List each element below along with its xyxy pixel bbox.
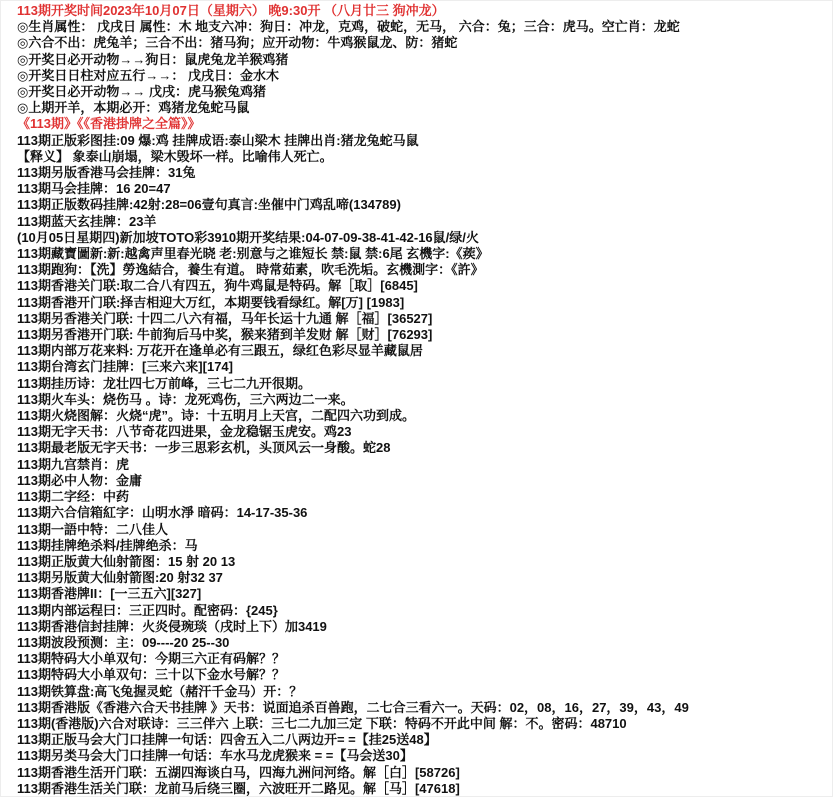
- text-line: 113期台湾玄门挂牌：[三来六来][174]: [17, 359, 832, 375]
- text-line: 113期内部运程曰：三正四时。配密码：{245}: [17, 603, 832, 619]
- text-line: 113期香港生活关门联：龙前马后绕三圈，六波旺开二路见。解［马］[47618]: [17, 781, 832, 797]
- text-line: 113期另版黄大仙射箭图:20 射32 37: [17, 570, 832, 586]
- text-line: 113期二字经：中药: [17, 489, 832, 505]
- text-line: ◎开奖日日柱对应五行→→： 戊戌日：金水木: [17, 68, 832, 84]
- text-line: 113期挂牌绝杀料/挂牌绝杀：马: [17, 538, 832, 554]
- text-line: 113期跑狗：【洗】勞逸結合，養生有道。 時常茹素，吹毛洗垢。玄機測字：《許》: [17, 262, 832, 278]
- text-line: ◎开奖日必开动物→→ 戊戌：虎马猴兔鸡猪: [17, 84, 832, 100]
- text-line: 113期特码大小单双句：三十以下金水号解？？: [17, 667, 832, 683]
- text-line: 113期波段预测：主：09----20 25--30: [17, 635, 832, 651]
- text-line: ◎上期开羊，本期必开：鸡猪龙兔蛇马鼠: [17, 100, 832, 116]
- text-line: 113期香港开门联:择吉相迎大万红，本期要钱看绿红。解[万] [1983]: [17, 295, 832, 311]
- text-lines: 113期开奖时间2023年10月07日（星期六） 晚9:30开 （八月廿三 狗冲…: [17, 3, 832, 797]
- text-line: 113期正版马会大门口挂牌一句话：四舍五入二八两边开= =【挂25送48】: [17, 732, 832, 748]
- text-line: ◎生肖属性： 戊戌日 属性：木 地支六冲：狗日：冲龙，克鸡，破蛇，无马， 六合：…: [17, 19, 832, 35]
- text-line: 113期六合信箱紅字：山明水淨 暗码：14-17-35-36: [17, 505, 832, 521]
- lottery-info-page: 113期开奖时间2023年10月07日（星期六） 晚9:30开 （八月廿三 狗冲…: [0, 0, 833, 797]
- text-line: 113期香港信封挂牌：火炎侵琬琰（戌时上下）加3419: [17, 619, 832, 635]
- text-line: 113期火车头：烧伤马 。诗：龙死鸡伤，三六两边二一来。: [17, 392, 832, 408]
- text-line: 113期藏寶圖新:新:越禽声里春光晓 老:别意与之谁短长 禁:鼠 禁:6尾 玄機…: [17, 246, 832, 262]
- text-line: 113期挂历诗：龙壮四七万前峰，三七二九开很期。: [17, 376, 832, 392]
- text-line: 113期蓝天玄挂牌：23羊: [17, 214, 832, 230]
- text-line: 113期开奖时间2023年10月07日（星期六） 晚9:30开 （八月廿三 狗冲…: [17, 3, 832, 19]
- text-line: 113期九宫禁肖：虎: [17, 457, 832, 473]
- text-line: 113期另版香港马会挂牌：31兔: [17, 165, 832, 181]
- text-line: 113期必中人物：金庸: [17, 473, 832, 489]
- text-line: 113期香港牌II：[一三五六][327]: [17, 586, 832, 602]
- text-line: 113期香港生活开门联：五湖四海谈白马，四海九洲问河络。解［白］[58726]: [17, 765, 832, 781]
- text-line: 113期另香港开门联: 牛前狗后马中奖，猴来猪到羊发财 解［财］[76293]: [17, 327, 832, 343]
- text-line: 113期正版彩图挂:09 爆:鸡 挂牌成语:泰山梁木 挂牌出肖:猪龙兔蛇马鼠: [17, 133, 832, 149]
- text-line: 113期正版数码挂牌:42射:28=06壹句真言:坐催中门鸡乱啼(134789): [17, 197, 832, 213]
- text-line: 113期香港版《香港六合天书挂牌 》天书：说面追杀百兽跑，二七合三看六一。天码：…: [17, 700, 832, 716]
- text-line: 113期另类马会大门口挂牌一句话：车水马龙虎猴来 = =【马会送30】: [17, 748, 832, 764]
- text-line: ◎开奖日必开动物→→狗日：鼠虎兔龙羊猴鸡猪: [17, 52, 832, 68]
- text-line: 113期正版黄大仙射箭图：15 射 20 13: [17, 554, 832, 570]
- text-line: 113期无字天书：八节奇花四进果，金龙稳锯玉虎安。鸡23: [17, 424, 832, 440]
- text-line: 113期内部万花来料: 万花开在逢单必有三跟五，绿红色彩尽显羊藏鼠居: [17, 343, 832, 359]
- text-line: 113期铁算盘:高飞兔握灵蛇（赭汗千金马）开：？: [17, 684, 832, 700]
- text-line: 【释义】 象泰山崩塌，梁木毁坏一样。比喻伟人死亡。: [17, 149, 832, 165]
- text-line: 113期最老版无字天书：一步三思彩玄机，头顶风云一身酸。蛇28: [17, 440, 832, 456]
- text-line: (10月05日星期四)新加坡TOTO彩3910期开奖结果:04-07-09-38…: [17, 230, 832, 246]
- text-line: 113期特码大小单双句：今期三六正有码解？？: [17, 651, 832, 667]
- text-line: 113期一語中特：二八佳人: [17, 522, 832, 538]
- text-line: 《113期》《《香港掛牌之全篇》》: [17, 116, 832, 132]
- text-line: 113期火烧图解：火烧“虎”。诗：十五明月上天宫，二配四六功到成。: [17, 408, 832, 424]
- text-line: 113期另香港关门联: 十四二八六有福，马年长运十九通 解［福］[36527]: [17, 311, 832, 327]
- text-line: 113期香港关门联:取二合八有四五，狗牛鸡鼠是特码。解［取］[6845]: [17, 278, 832, 294]
- text-line: ◎六合不出：虎兔羊；三合不出：猪马狗；应开动物：牛鸡猴鼠龙、防：猪蛇: [17, 35, 832, 51]
- text-line: 113期(香港版)六合对联诗：三三伴六 上联：三七二九加三定 下联：特码不开此中…: [17, 716, 832, 732]
- text-line: 113期马会挂牌：16 20=47: [17, 181, 832, 197]
